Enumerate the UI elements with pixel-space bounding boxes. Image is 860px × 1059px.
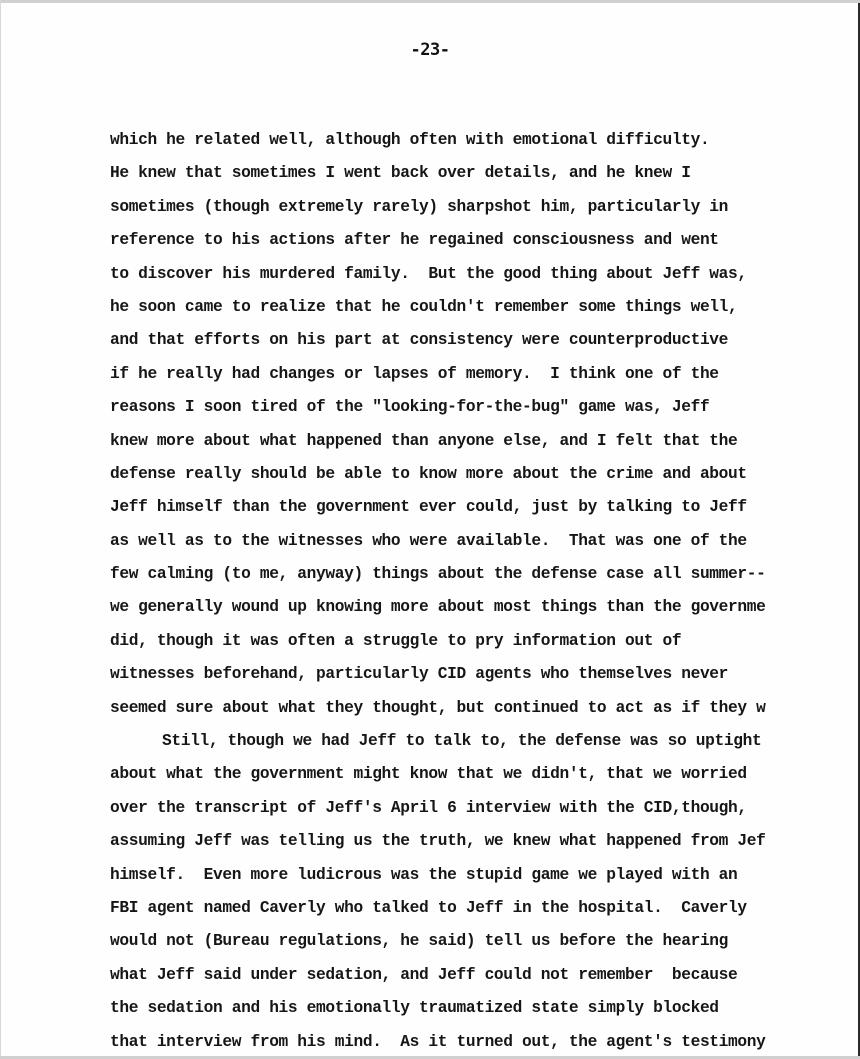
text-line: he soon came to realize that he couldn't…: [110, 291, 860, 324]
text-line: about what the government might know tha…: [110, 758, 860, 791]
text-line: the sedation and his emotionally traumat…: [110, 992, 860, 1025]
text-line: as well as to the witnesses who were ava…: [110, 525, 860, 558]
typewritten-body: which he related well, although often wi…: [110, 124, 860, 1059]
scan-top-edge: [0, 0, 860, 3]
text-line: knew more about what happened than anyon…: [110, 425, 860, 458]
text-line: defense really should be able to know mo…: [110, 458, 860, 491]
text-line: and that efforts on his part at consiste…: [110, 324, 860, 357]
text-line: himself. Even more ludicrous was the stu…: [110, 859, 860, 892]
text-line: reference to his actions after he regain…: [110, 224, 860, 257]
text-line: over the transcript of Jeff's April 6 in…: [110, 792, 860, 825]
text-line: which he related well, although often wi…: [110, 124, 860, 157]
text-line: what Jeff said under sedation, and Jeff …: [110, 959, 860, 992]
text-line: did, though it was often a struggle to p…: [110, 625, 860, 658]
text-line: He knew that sometimes I went back over …: [110, 157, 860, 190]
text-line: Still, though we had Jeff to talk to, th…: [110, 725, 860, 758]
text-line: if he really had changes or lapses of me…: [110, 358, 860, 391]
text-line: we generally wound up knowing more about…: [110, 591, 860, 624]
page-number: -23-: [0, 40, 860, 60]
document-page: -23- which he related well, although oft…: [0, 0, 860, 1059]
text-line: FBI agent named Caverly who talked to Je…: [110, 892, 860, 925]
text-line: witnesses beforehand, particularly CID a…: [110, 658, 860, 691]
text-line: would not (Bureau regulations, he said) …: [110, 925, 860, 958]
text-line: seemed sure about what they thought, but…: [110, 692, 860, 725]
text-line: reasons I soon tired of the "looking-for…: [110, 391, 860, 424]
text-line: Jeff himself than the government ever co…: [110, 491, 860, 524]
text-line: that interview from his mind. As it turn…: [110, 1026, 860, 1059]
text-line: few calming (to me, anyway) things about…: [110, 558, 860, 591]
text-line: to discover his murdered family. But the…: [110, 258, 860, 291]
text-line: sometimes (though extremely rarely) shar…: [110, 191, 860, 224]
scan-left-edge: [0, 0, 1, 1059]
text-line: assuming Jeff was telling us the truth, …: [110, 825, 860, 858]
